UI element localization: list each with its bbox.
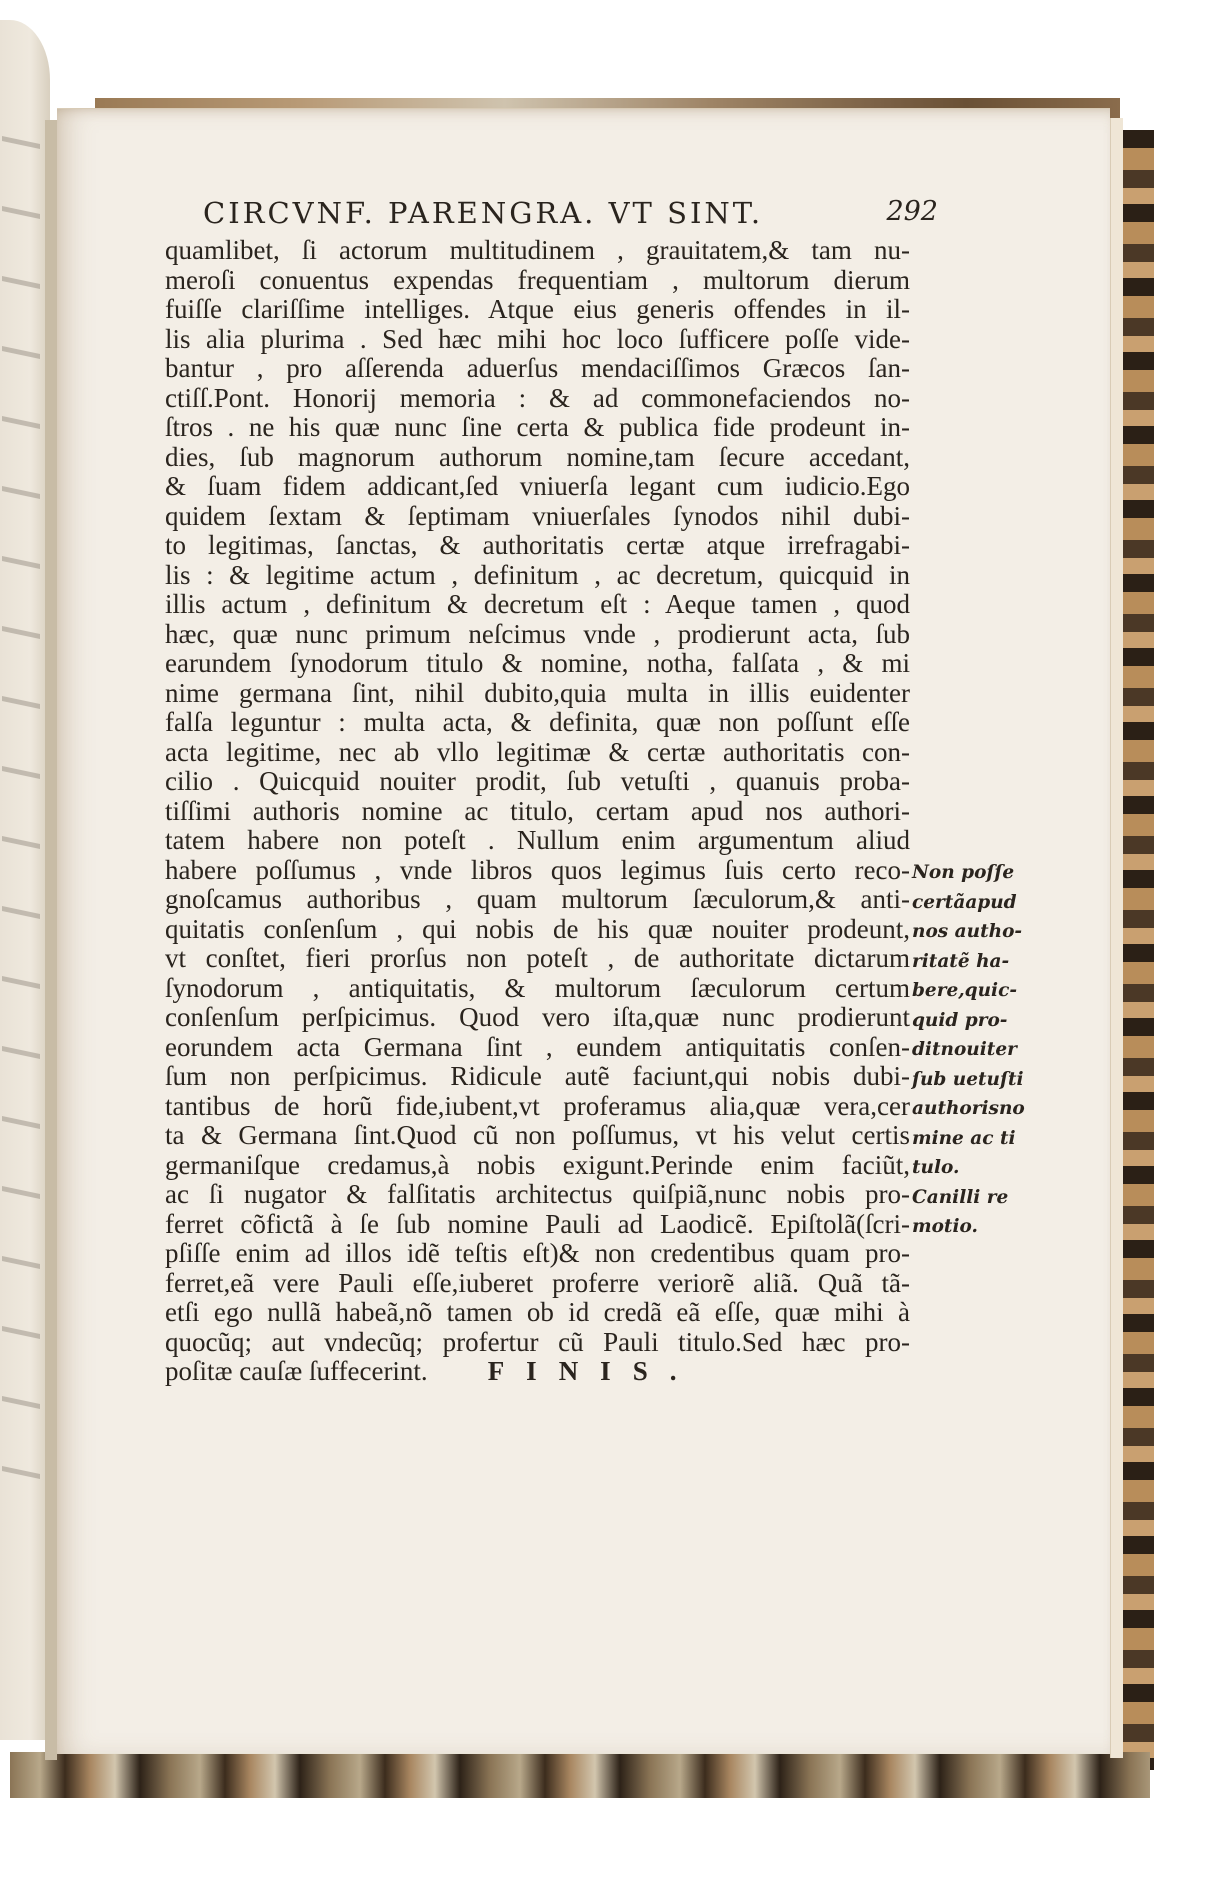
left-page-text-fragment [2,906,40,919]
left-page-text-fragment [2,486,40,499]
text-line: quitatis conſenſum , qui nobis de his qu… [165,915,910,945]
left-page-text-fragment [2,626,40,639]
text-line: quocũq; aut vndecũq; profertur cũ Pauli … [165,1328,910,1358]
left-page-text-fragment [2,556,40,569]
text-line: meroſi conuentus expendas frequentiam , … [165,266,910,296]
text-line: cilio . Quicquid nouiter prodit, ſub vet… [165,767,910,797]
text-line: ferret cõfictã à ſe ſub nomine Pauli ad … [165,1210,910,1240]
left-page-text-fragment [2,1186,40,1199]
text-line: germaniſque credamus,à nobis exigunt.Per… [165,1151,910,1181]
marginal-note-line: ſub uetuſti [912,1065,1022,1095]
running-head-title: CIRCVNF. PARENGRA. VT SINT. [203,196,763,230]
gutter [45,120,57,1760]
running-head: CIRCVNF. PARENGRA. VT SINT. 292 [203,196,938,232]
text-line: ctiſſ.Pont. Honorij memoria : & ad commo… [165,384,910,414]
text-line: conſenſum perſpicimus. Quod vero iſta,qu… [165,1003,910,1033]
text-line: ta & Germana ſint.Quod cũ non poſſumus, … [165,1121,910,1151]
page-edge [1110,118,1123,1758]
left-page-text-fragment [2,1256,40,1269]
left-page-text-fragment [2,696,40,709]
text-line: pſiſſe enim ad illos idẽ teſtis eſt)& no… [165,1239,910,1269]
marginal-note-line: tulo. [912,1153,1022,1183]
left-page-text-fragment [2,1396,40,1409]
marginal-note-line: quid pro- [912,1006,1022,1036]
text-line: lis : & legitime actum , definitum , ac … [165,561,910,591]
text-line: hæc, quæ nunc primum neſcimus vnde , pro… [165,620,910,650]
marginal-note-line: certãapud [912,888,1022,918]
left-page-text-fragment [2,1046,40,1059]
text-line: earundem ſynodorum titulo & nomine, noth… [165,649,910,679]
marginal-note-line: motio. [912,1212,1022,1242]
left-page-text-fragment [2,1466,40,1479]
marginal-note-line: mine ac ti [912,1124,1022,1154]
marginal-note-line: ditnouiter [912,1035,1022,1065]
left-page-text-fragment [2,1326,40,1339]
text-line: acta legitime, nec ab vllo legitimæ & ce… [165,738,910,768]
left-page-text-fragment [2,206,40,219]
left-page-text-fragment [2,346,40,359]
text-line: & ſuam fidem addicant,ſed vniuerſa legan… [165,472,910,502]
text-line: ſtros . ne his quæ nunc ſine certa & pub… [165,413,910,443]
marginal-note-line: Non poſſe [912,858,1022,888]
text-line: tantibus de horũ fide,iubent,vt proferam… [165,1092,910,1122]
marginal-note-line: bere,quic- [912,976,1022,1006]
left-page-text-fragment [2,136,40,149]
left-page-text-fragment [2,766,40,779]
text-line: fuiſſe clariſſime intelliges. Atque eius… [165,295,910,325]
text-line: quamlibet, ſi actorum multitudinem , gra… [165,236,910,266]
marginal-note-line: Canilli re [912,1183,1022,1213]
left-page-text-fragment [2,276,40,289]
text-line: dies, ſub magnorum authorum nomine,tam ſ… [165,443,910,473]
text-line: habere poſſumus , vnde libros quos legim… [165,856,910,886]
text-line: ſynodorum , antiquitatis, & multorum ſæc… [165,974,910,1004]
marbled-board-bottom [10,1752,1150,1798]
text-line: tatem habere non poteſt . Nullum enim ar… [165,826,910,856]
body-text: quamlibet, ſi actorum multitudinem , gra… [165,236,910,1387]
text-line: illis actum , definitum & decretum eſt :… [165,590,910,620]
marginal-note-line: nos autho- [912,917,1022,947]
text-line: to legitimas, ſanctas, & authoritatis ce… [165,531,910,561]
marginal-note: Non poſſe certãapud nos autho- ritatẽ ha… [912,858,1022,1242]
left-page-text-fragment [2,836,40,849]
marginal-note-line: ritatẽ ha- [912,947,1022,977]
text-line: lis alia plurima . Sed hæc mihi hoc loco… [165,325,910,355]
marginal-note-line: authorisno [912,1094,1022,1124]
page-number: 292 [886,196,938,227]
text-line: etſi ego nullã habeã,nõ tamen ob id cred… [165,1298,910,1328]
marbled-board-right [1120,130,1154,1770]
closing-phrase: poſitæ cauſæ ſuffecerint. [165,1356,428,1386]
text-line: gnoſcamus authoribus , quam multorum ſæc… [165,885,910,915]
text-line: vt conſtet, fieri prorſus non poteſt , d… [165,944,910,974]
left-page-text-fragment [2,976,40,989]
text-line: ac ſi nugator & falſitatis architectus q… [165,1180,910,1210]
text-line: falſa leguntur : multa acta, & definita,… [165,708,910,738]
text-line: nime germana ſint, nihil dubito,quia mul… [165,679,910,709]
text-line-final: poſitæ cauſæ ſuffecerint.FINIS. [165,1357,910,1387]
text-line: quidem ſextam & ſeptimam vniuerſales ſyn… [165,502,910,532]
facing-left-page [0,20,50,1740]
left-page-text-fragment [2,1116,40,1129]
left-page-text-fragment [2,416,40,429]
text-line: eorundem acta Germana ſint , eundem anti… [165,1033,910,1063]
text-line: bantur , pro aſſerenda aduerſus mendaciſ… [165,354,910,384]
finis-colophon: FINIS. [488,1356,699,1386]
text-line: ferret,eã vere Pauli eſſe,iuberet profer… [165,1269,910,1299]
text-line: tiſſimi authoris nomine ac titulo, certa… [165,797,910,827]
text-line: ſum non perſpicimus. Ridicule autẽ faciu… [165,1062,910,1092]
